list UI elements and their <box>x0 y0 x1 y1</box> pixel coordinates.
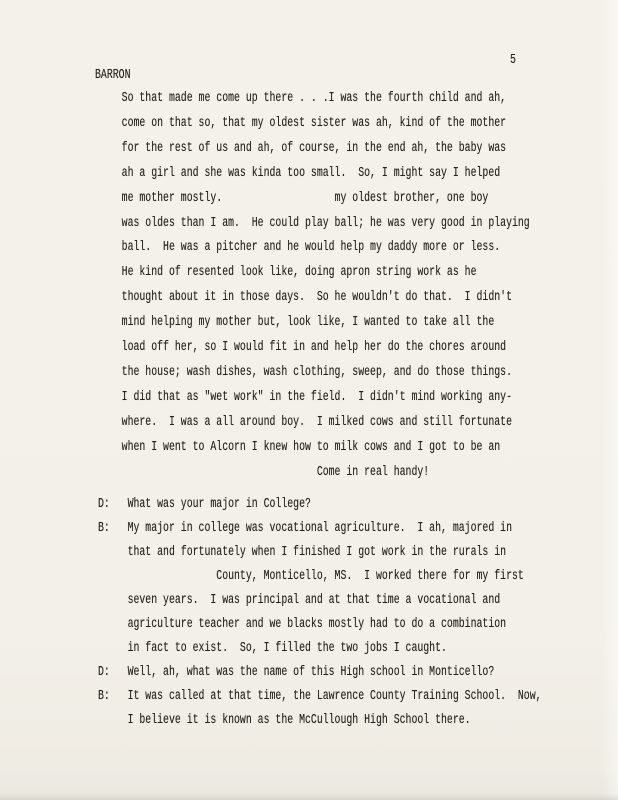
transcript-line: for the rest of us and ah, of course, in… <box>98 137 530 162</box>
dialogue-line-answer: B: My major in college was vocational ag… <box>98 517 542 541</box>
dialogue-line-answer: in fact to exist. So, I filled the two j… <box>98 637 542 661</box>
transcript-line: load off her, so I would fit in and help… <box>98 336 530 361</box>
transcript-line: So that made me come up there . . .I was… <box>98 87 530 112</box>
transcript-line: I did that as "wet work" in the field. I… <box>98 386 530 411</box>
dialogue-line-question: D: Well, ah, what was the name of this H… <box>98 661 542 685</box>
dialogue-line-answer: that and fortunately when I finished I g… <box>98 541 542 565</box>
dialogue-line-answer: B: It was called at that time, the Lawre… <box>98 685 542 709</box>
page-number: 5 <box>510 53 516 69</box>
transcript-line: where. I was a all around boy. I milked … <box>98 411 530 436</box>
transcript-line: the house; wash dishes, wash clothing, s… <box>98 361 530 386</box>
transcript-line: ah a girl and she was kinda too small. S… <box>98 162 530 187</box>
transcript-line: ball. He was a pitcher and he would help… <box>98 236 530 261</box>
dialogue-section: D: What was your major in College? B: My… <box>98 493 618 733</box>
narrative-paragraph: So that made me come up there . . .I was… <box>98 87 618 486</box>
dialogue-line-answer: agriculture teacher and we blacks mostly… <box>98 613 542 637</box>
scanned-transcript-page: BARRON 5 So that made me come up there .… <box>0 0 618 800</box>
dialogue-line-answer: seven years. I was principal and at that… <box>98 589 542 613</box>
transcript-line: was oldes than I am. He could play ball;… <box>98 212 530 237</box>
dialogue-line-answer: County, Monticello, MS. I worked there f… <box>98 565 542 589</box>
transcript-line: He kind of resented look like, doing apr… <box>98 261 530 286</box>
dialogue-line-question: D: What was your major in College? <box>98 493 542 517</box>
transcript-line: when I went to Alcorn I knew how to milk… <box>98 436 530 461</box>
dialogue-line-answer: I believe it is known as the McCullough … <box>98 709 542 733</box>
transcript-line: thought about it in those days. So he wo… <box>98 286 530 311</box>
transcript-line: mind helping my mother but, look like, I… <box>98 311 530 336</box>
transcript-line-interjection: Come in real handy! <box>98 461 530 486</box>
transcript-line: come on that so, that my oldest sister w… <box>98 112 530 137</box>
document-header-name: BARRON <box>95 68 130 84</box>
transcript-line: me mother mostly. my oldest brother, one… <box>98 187 530 212</box>
